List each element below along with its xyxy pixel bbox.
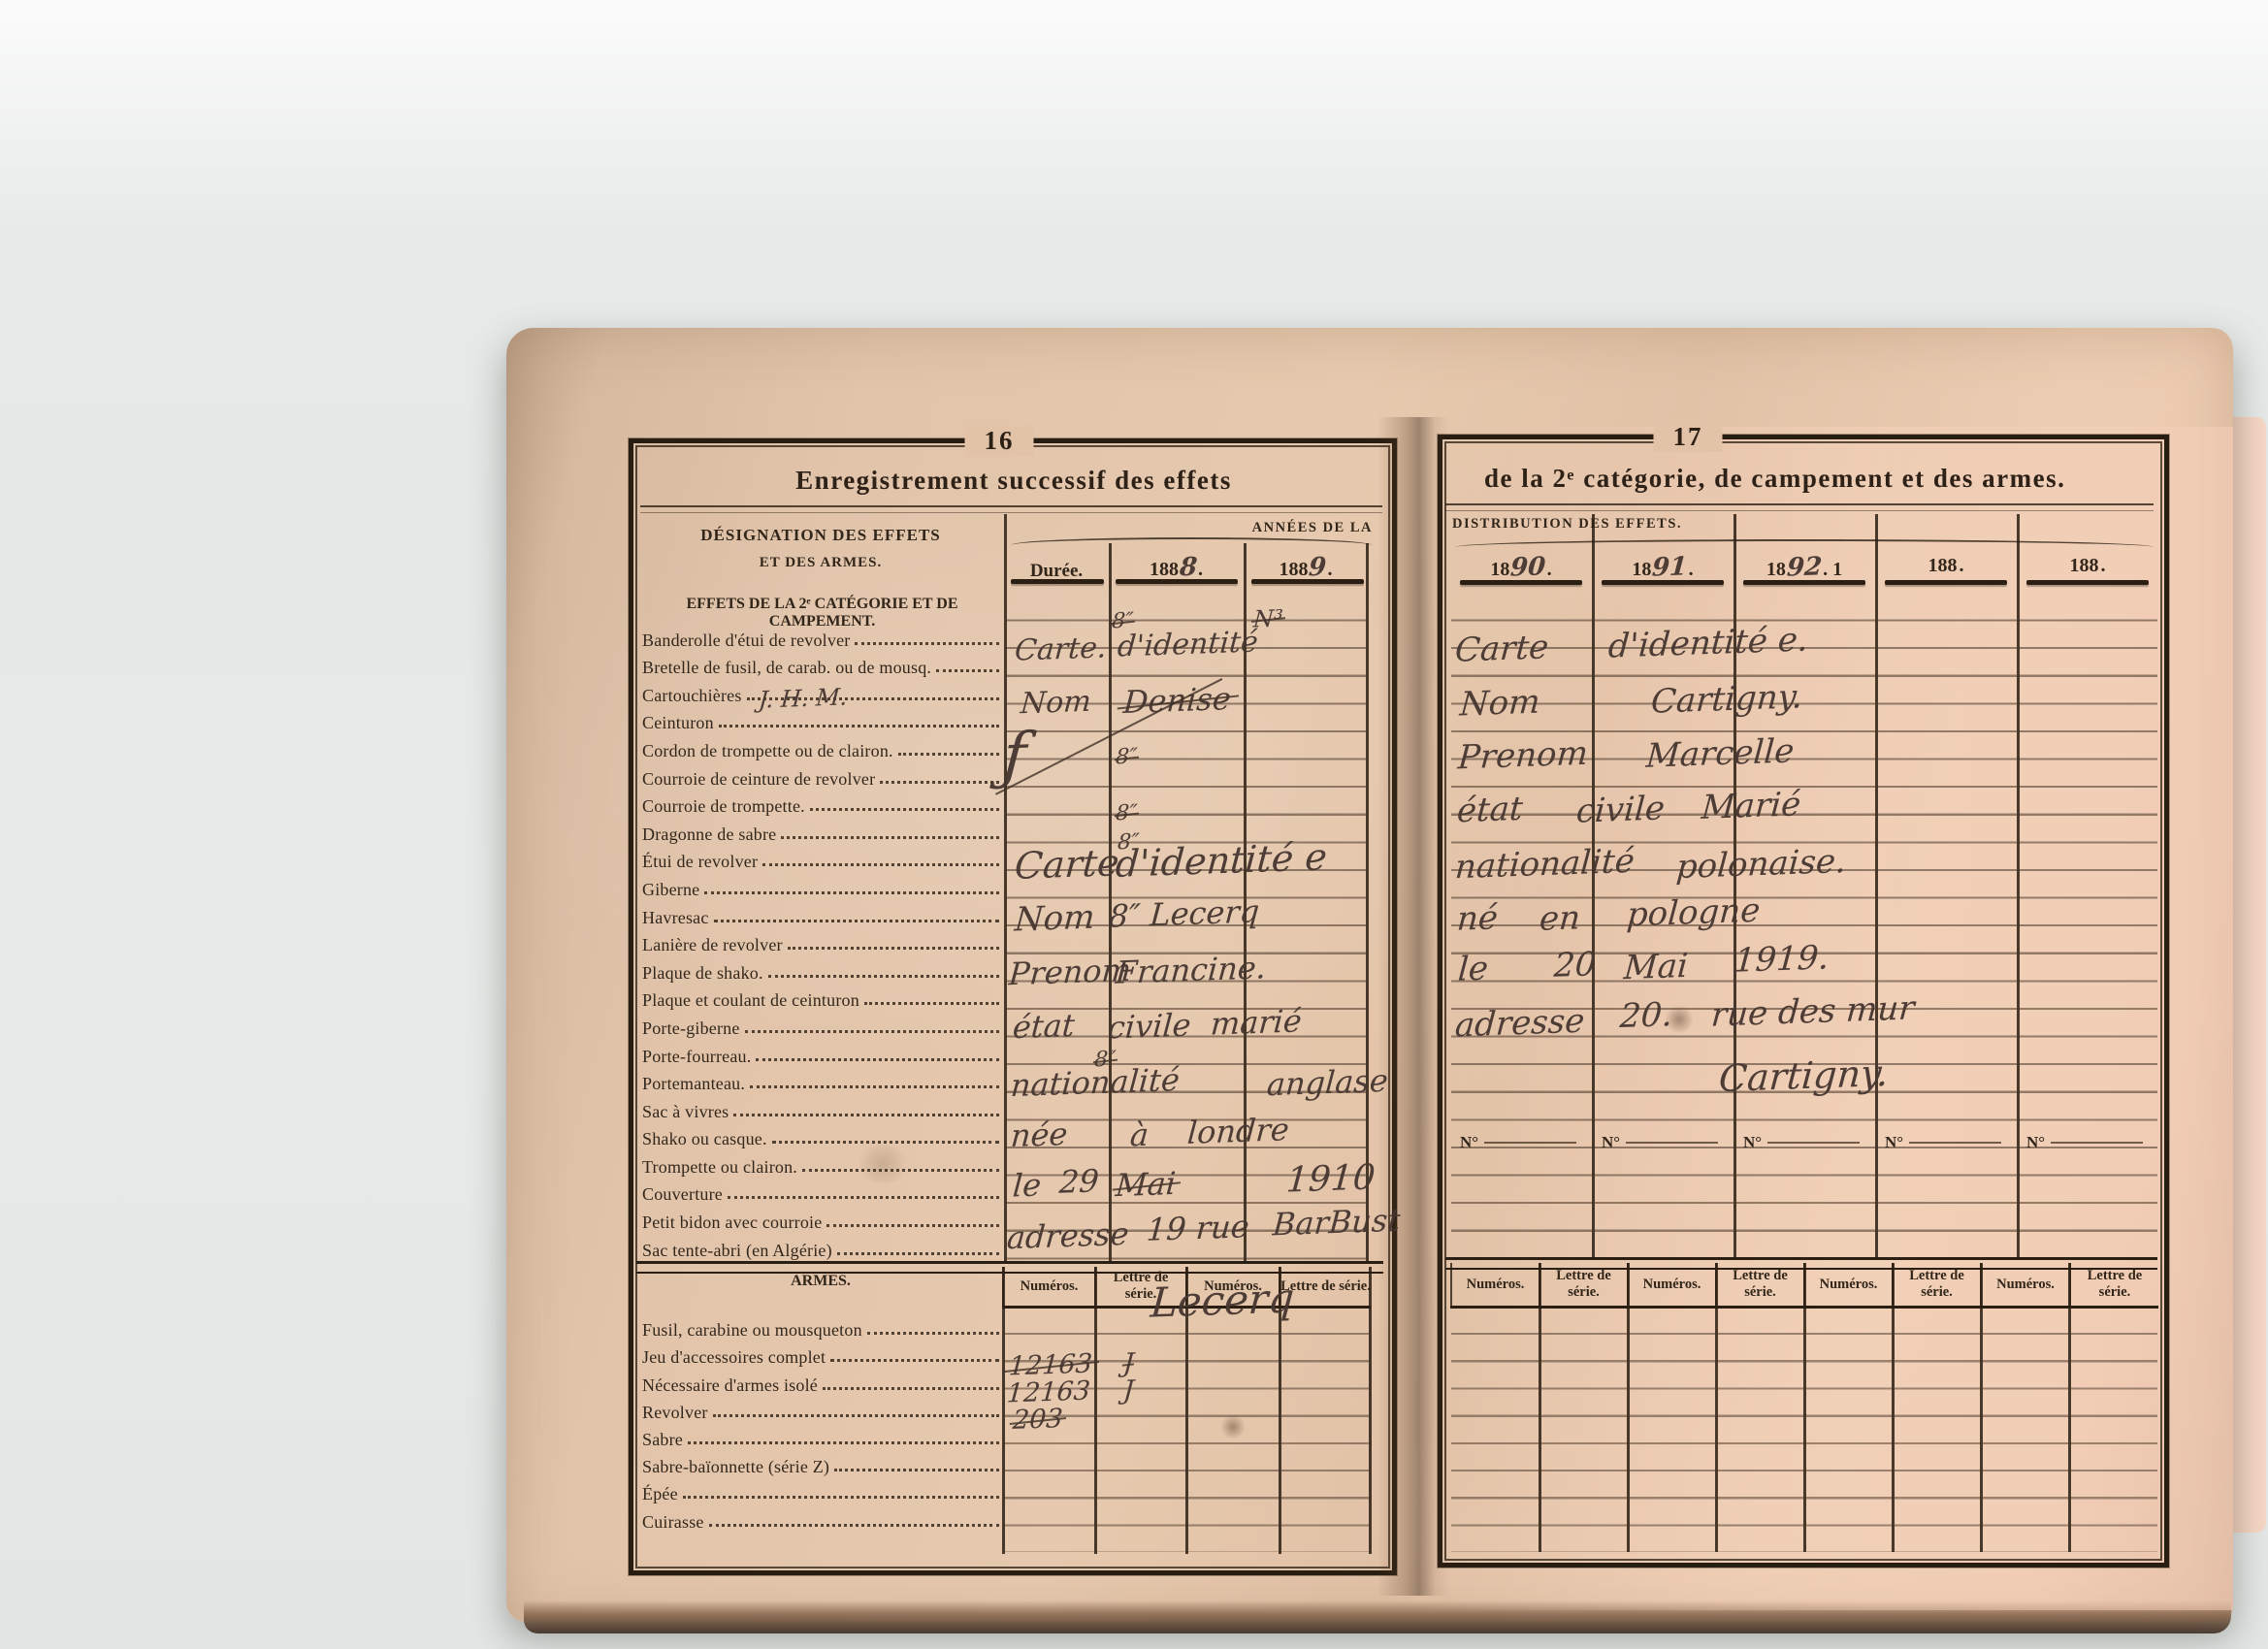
effects-item-row: Petit bidon avec courroie bbox=[642, 1203, 1003, 1231]
handwriting-entry: d'identité e bbox=[1115, 838, 1329, 883]
armes-item-row: Épée bbox=[642, 1475, 1003, 1503]
handwriting-entry: Prenom bbox=[1457, 737, 1589, 775]
handwriting-entry: Francine. bbox=[1115, 952, 1267, 988]
handwriting-entry: Lecerq bbox=[1150, 1277, 1296, 1323]
handwriting-entry: 203 bbox=[1012, 1406, 1063, 1434]
year-header: 188 . bbox=[2017, 555, 2158, 581]
handwriting-entry: Mai bbox=[1115, 1168, 1177, 1201]
dotted-leader bbox=[837, 1252, 999, 1255]
armes-item-row: Nécessaire d'armes isolé bbox=[642, 1366, 1003, 1393]
armes-item-row: Cuirasse bbox=[642, 1503, 1003, 1530]
header-underline bbox=[1460, 580, 1582, 585]
handwriting-entry: Carte bbox=[1014, 844, 1120, 885]
rule bbox=[1445, 503, 2154, 511]
dotted-leader bbox=[830, 1359, 999, 1362]
dotted-leader bbox=[834, 1469, 999, 1471]
page16-number: 16 bbox=[965, 426, 1034, 456]
effects-item-row: Porte-fourreau. bbox=[642, 1037, 1003, 1065]
dotted-leader bbox=[704, 891, 999, 894]
effects-item-row: Sac tente-abri (en Algérie) bbox=[642, 1231, 1003, 1259]
handwriting-entry: Carte bbox=[1454, 630, 1550, 666]
dotted-leader bbox=[728, 1196, 999, 1199]
armes-item-row: Jeu d'accessoires complet bbox=[642, 1339, 1003, 1366]
effects-item-row: Couverture bbox=[642, 1176, 1003, 1204]
handwriting-entry: anglase bbox=[1266, 1065, 1389, 1100]
year-header: 1890. bbox=[1450, 555, 1592, 581]
effects-item-row: Plaque et coulant de ceinturon bbox=[642, 982, 1003, 1010]
dotted-leader bbox=[936, 669, 999, 672]
handwriting-entry: 8″ bbox=[1115, 803, 1138, 825]
page16-armes-list: Fusil, carabine ou mousquetonJeu d'acces… bbox=[642, 1311, 1003, 1531]
dotted-leader bbox=[788, 947, 999, 950]
dotted-leader bbox=[867, 1332, 999, 1335]
dotted-leader bbox=[826, 1224, 999, 1227]
header-underline bbox=[1116, 579, 1238, 584]
header-underline bbox=[1251, 579, 1364, 584]
handwriting-entry: marié bbox=[1210, 1005, 1303, 1039]
armes-label: ARMES. bbox=[640, 1273, 1001, 1290]
dotted-leader bbox=[719, 725, 999, 727]
effects-item-row: Porte-giberne bbox=[642, 1009, 1003, 1037]
page17-year-headers: 1890.1891.1892. 1188 .188 . bbox=[1450, 555, 2158, 581]
designation-header-line2: ET DES ARMES. bbox=[640, 555, 1001, 571]
page16-year-headers: 1888.1889. bbox=[1109, 555, 1368, 581]
handwriting-entry: Cartigny. bbox=[1718, 1054, 1890, 1097]
handwriting-entry: J. H. M. bbox=[758, 685, 848, 711]
dotted-leader bbox=[823, 1387, 999, 1390]
series-column-header: Numéros. bbox=[1980, 1263, 2069, 1306]
numero-label: N° bbox=[2026, 1133, 2143, 1152]
handwriting-entry: Nom bbox=[1459, 686, 1541, 722]
distribution-label: DISTRIBUTION DES EFFETS. bbox=[1452, 516, 1682, 533]
handwriting-entry: pologne bbox=[1626, 894, 1762, 932]
dotted-leader bbox=[855, 642, 999, 645]
dotted-leader bbox=[810, 808, 999, 811]
designation-header-line1: DÉSIGNATION DES EFFETS bbox=[640, 526, 1001, 545]
handwriting-entry: né bbox=[1456, 901, 1499, 936]
effects-item-row: Sac à vivres bbox=[642, 1092, 1003, 1120]
effects-item-row: Cordon de trompette ou de clairon. bbox=[642, 731, 1003, 760]
series-column-header: Numéros. bbox=[1627, 1263, 1715, 1306]
series-column-header: Lettre de série. bbox=[1892, 1263, 1980, 1306]
handwriting-entry: 1919. bbox=[1733, 941, 1831, 978]
dotted-leader bbox=[762, 863, 999, 866]
effects-item-row: Dragonne de sabre bbox=[642, 815, 1003, 843]
armes-item-row: Sabre-baïonnette (série Z) bbox=[642, 1448, 1003, 1475]
dotted-leader bbox=[714, 920, 999, 922]
handwriting-entry: 8″ Lecerq bbox=[1108, 895, 1260, 932]
series-column-header: Numéros. bbox=[1803, 1263, 1892, 1306]
handwriting-entry: civile bbox=[1575, 792, 1666, 827]
page17-bottom-ruled-area bbox=[1451, 1308, 2157, 1552]
numero-label: N° bbox=[1743, 1133, 1860, 1152]
armes-item-row: Revolver bbox=[642, 1394, 1003, 1421]
handwriting-entry: 8″ bbox=[1115, 747, 1138, 769]
dotted-leader bbox=[768, 975, 999, 978]
dotted-leader bbox=[756, 1058, 999, 1061]
header-underline bbox=[2026, 580, 2149, 585]
dotted-leader bbox=[713, 1414, 999, 1417]
dotted-leader bbox=[750, 1085, 999, 1088]
effects-item-row: Giberne bbox=[642, 870, 1003, 898]
armes-column-header: Numéros. bbox=[1002, 1267, 1094, 1306]
handwriting-entry: civile bbox=[1107, 1009, 1192, 1043]
handwriting-entry: Carte. bbox=[1014, 633, 1108, 665]
effects-item-row: Bretelle de fusil, de carab. ou de mousq… bbox=[642, 649, 1003, 677]
handwriting-entry: en bbox=[1539, 901, 1581, 936]
handwriting-entry: 29 bbox=[1058, 1165, 1100, 1198]
header-underline bbox=[1011, 579, 1104, 584]
rule bbox=[640, 505, 1382, 513]
effects-item-row: Shako ou casque. bbox=[642, 1120, 1003, 1148]
dotted-leader bbox=[733, 1114, 999, 1116]
page17-number: 17 bbox=[1654, 422, 1723, 452]
dotted-leader bbox=[688, 1441, 999, 1444]
effects-item-row: Étui de revolver bbox=[642, 843, 1003, 871]
year-header: 1889. bbox=[1244, 555, 1368, 581]
scanned-military-booklet: 16 Enregistrement successif des effets D… bbox=[0, 0, 2268, 1649]
numero-label: N° bbox=[1460, 1133, 1576, 1152]
effects-item-row: Trompette ou clairon. bbox=[642, 1148, 1003, 1176]
series-column-header: Lettre de série. bbox=[1715, 1263, 1803, 1306]
handwriting-entry: Nom bbox=[1020, 688, 1092, 720]
column-line bbox=[1369, 1267, 1372, 1554]
page17-title: de la 2ᵉ catégorie, de campement et des … bbox=[1445, 464, 2163, 494]
numero-label: N° bbox=[1885, 1133, 2001, 1152]
dotted-leader bbox=[781, 836, 999, 839]
year-header: 1892. 1 bbox=[1733, 555, 1875, 581]
center-fold-shadow bbox=[1377, 417, 1449, 1596]
header-underline bbox=[1602, 580, 1724, 585]
handwriting-entry: Cartigny. bbox=[1650, 680, 1804, 719]
page16-item-list: Banderolle d'étui de revolverBretelle de… bbox=[642, 621, 1003, 1259]
armes-item-row: Fusil, carabine ou mousqueton bbox=[642, 1311, 1003, 1339]
handwriting-entry: Marcelle bbox=[1645, 734, 1796, 772]
handwriting-entry: londre bbox=[1186, 1114, 1290, 1148]
dotted-leader bbox=[880, 781, 999, 784]
dotted-leader bbox=[683, 1496, 999, 1499]
stain bbox=[854, 1145, 912, 1183]
dotted-leader bbox=[709, 1524, 999, 1527]
column-line bbox=[1366, 543, 1369, 1263]
header-underline bbox=[1885, 580, 2007, 585]
dotted-leader bbox=[772, 1141, 999, 1144]
year-header: 1891. bbox=[1592, 555, 1733, 581]
effects-item-row: Plaque de shako. bbox=[642, 954, 1003, 982]
handwriting-entry: 20 bbox=[1553, 948, 1598, 983]
handwriting-entry: adresse bbox=[1454, 1005, 1586, 1043]
dotted-leader bbox=[898, 753, 999, 756]
dotted-leader bbox=[745, 1030, 999, 1033]
year-header: 1888. bbox=[1109, 555, 1244, 581]
effects-item-row: Banderolle d'étui de revolver bbox=[642, 621, 1003, 649]
annees-label: ANNÉES DE LA bbox=[1242, 520, 1373, 536]
handwriting-entry: état bbox=[1012, 1010, 1076, 1043]
numero-label: N° bbox=[1602, 1133, 1718, 1152]
stain bbox=[1665, 1005, 1694, 1034]
handwriting-entry: polonaise. bbox=[1675, 845, 1847, 884]
handwriting-entry: 19 rue bbox=[1146, 1211, 1250, 1245]
handwriting-entry: à bbox=[1129, 1119, 1150, 1151]
handwriting-entry: adresse bbox=[1006, 1218, 1130, 1253]
series-column-header: Lettre de série. bbox=[2069, 1263, 2158, 1306]
handwriting-entry: BarBust bbox=[1272, 1205, 1401, 1241]
handwriting-entry: d'identité e. bbox=[1607, 623, 1809, 663]
effects-item-row: Havresac bbox=[642, 898, 1003, 926]
handwriting-entry: nationalité bbox=[1454, 845, 1636, 885]
handwriting-entry: 1910 bbox=[1285, 1160, 1377, 1198]
handwriting-entry: Prenom bbox=[1008, 954, 1132, 989]
effects-item-row: Lanière de revolver bbox=[642, 926, 1003, 954]
handwriting-entry: d'identité bbox=[1117, 628, 1259, 662]
handwriting-entry: Marié bbox=[1701, 788, 1802, 824]
year-header: 188 . bbox=[1875, 555, 2017, 581]
booklet-cover-edge bbox=[524, 1600, 2231, 1633]
handwriting-entry: état bbox=[1456, 792, 1524, 827]
handwriting-entry: rue des mur bbox=[1710, 991, 1916, 1031]
handwriting-entry: nationalité bbox=[1010, 1064, 1181, 1101]
handwriting-entry: Nom bbox=[1014, 901, 1096, 937]
handwriting-entry: le bbox=[1012, 1169, 1042, 1201]
stain bbox=[1220, 1414, 1246, 1439]
series-column-header: Lettre de série. bbox=[1539, 1263, 1627, 1306]
handwriting-entry: 12163 bbox=[1006, 1377, 1091, 1406]
handwriting-entry: le bbox=[1457, 952, 1489, 986]
series-column-header: Numéros. bbox=[1450, 1263, 1539, 1306]
effects-item-row: Courroie de trompette. bbox=[642, 788, 1003, 816]
effects-item-row: Portemanteau. bbox=[642, 1065, 1003, 1093]
handwriting-entry: née bbox=[1010, 1118, 1069, 1151]
header-underline bbox=[1743, 580, 1865, 585]
dotted-leader bbox=[864, 1002, 999, 1005]
handwriting-entry: J bbox=[1122, 1377, 1135, 1404]
armes-item-row: Sabre bbox=[642, 1421, 1003, 1448]
effects-item-row: Courroie de ceinture de revolver bbox=[642, 760, 1003, 788]
handwriting-entry: Mai bbox=[1623, 950, 1689, 985]
handwriting-entry: J bbox=[1122, 1350, 1135, 1376]
page16-title: Enregistrement successif des effets bbox=[640, 466, 1387, 496]
